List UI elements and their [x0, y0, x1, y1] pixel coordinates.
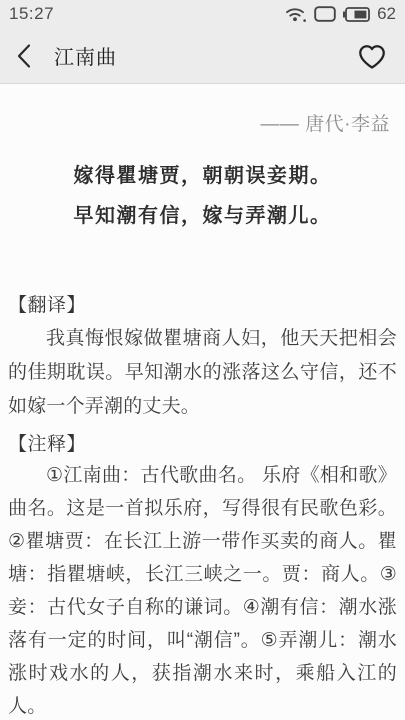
wifi-icon [285, 5, 307, 23]
clock-time: 15:27 [9, 4, 54, 24]
favorite-button[interactable] [355, 39, 389, 73]
translation-body: 我真悔恨嫁做瞿塘商人妇，他天天把相会的佳期耽误。早知潮水的涨落这么守信，还不如嫁… [8, 322, 397, 424]
back-button[interactable] [16, 38, 46, 74]
poem-text: 嫁得瞿塘贾，朝朝误妾期。 早知潮有信，嫁与弄潮儿。 [0, 156, 405, 236]
page-title: 江南曲 [54, 41, 355, 70]
notes-heading: 【注释】 [8, 433, 397, 457]
battery-icon [343, 7, 370, 22]
poem-line: 早知潮有信，嫁与弄潮儿。 [0, 196, 405, 236]
battery-percent: 62 [377, 4, 396, 24]
translation-heading: 【翻译】 [8, 294, 397, 318]
poem-line: 嫁得瞿塘贾，朝朝误妾期。 [0, 156, 405, 196]
heart-icon [357, 42, 387, 70]
poem-detail-content[interactable]: —— 唐代·李益 嫁得瞿塘贾，朝朝误妾期。 早知潮有信，嫁与弄潮儿。 【翻译】 … [0, 85, 405, 720]
sim-card-icon [314, 6, 336, 22]
notes-body: ①江南曲：古代歌曲名。 乐府《相和歌》曲名。这是一首拟乐府，写得很有民歌色彩。②… [8, 459, 397, 720]
status-bar: 15:27 [0, 0, 405, 28]
phone-screen: 15:27 [0, 0, 405, 720]
poem-author-attribution: —— 唐代·李益 [0, 109, 405, 136]
notes-section: 【注释】 ①江南曲：古代歌曲名。 乐府《相和歌》曲名。这是一首拟乐府，写得很有民… [0, 433, 405, 720]
nav-bar: 江南曲 [0, 28, 405, 84]
chevron-left-icon [16, 43, 32, 69]
translation-section: 【翻译】 我真悔恨嫁做瞿塘商人妇，他天天把相会的佳期耽误。早知潮水的涨落这么守信… [0, 294, 405, 424]
